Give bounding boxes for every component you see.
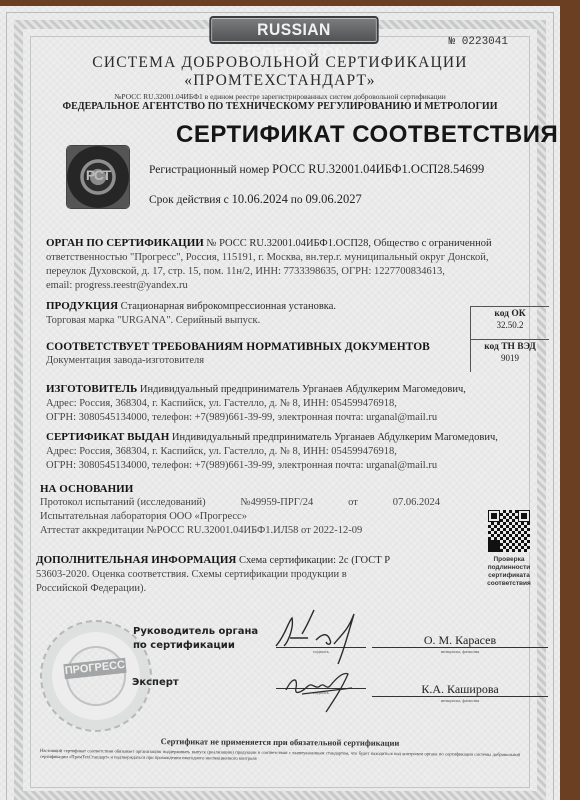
issued-to-line: Адрес: Россия, 368304, г. Каспийск, ул. … <box>46 445 556 459</box>
certification-body-section: ОРГАН ПО СЕРТИФИКАЦИИ № РОСС RU.32001.04… <box>46 236 526 293</box>
handwritten-signature-icon <box>268 604 378 664</box>
role-line: по сертификации <box>133 639 258 653</box>
registration-number: РОСС RU.32001.04ИБФ1.ОСП28.54699 <box>272 162 484 176</box>
issued-to-heading: СЕРТИФИКАТ ВЫДАН <box>46 431 169 443</box>
agency-name: ФЕДЕРАЛЬНОЕ АГЕНТСТВО ПО ТЕХНИЧЕСКОМУ РЕ… <box>0 101 560 112</box>
conformity-heading: СООТВЕТСТВУЕТ ТРЕБОВАНИЯМ НОРМАТИВНЫХ ДО… <box>46 340 466 354</box>
certificate-title: СЕРТИФИКАТ СООТВЕТСТВИЯ <box>176 121 558 149</box>
certification-body-line: № РОСС RU.32001.04ИБФ1.ОСП28, Общество с… <box>206 238 491 249</box>
additional-info-heading: ДОПОЛНИТЕЛЬНАЯ ИНФОРМАЦИЯ <box>36 554 236 566</box>
name-caption: инициалы, фамилия <box>372 649 548 654</box>
additional-info-line: Схема сертификации: 2с (ГОСТ Р <box>239 555 390 566</box>
registry-line: №РОСС RU.32001.04ИБФ1 в едином реестре з… <box>0 92 560 101</box>
emblem-label: РСТ <box>67 167 129 183</box>
registration-number-row: Регистрационный номер РОСС RU.32001.04ИБ… <box>149 162 484 177</box>
certificate-sheet: RUSSIAN FEDERATION № 0223041 СИСТЕМА ДОБ… <box>0 6 560 800</box>
expert-role: Эксперт <box>132 676 179 690</box>
hologram-emblem-icon: РСТ <box>67 146 129 208</box>
accreditation: Аттестат аккредитации №РОСС RU.32001.04И… <box>40 524 440 538</box>
validity-to-label: по <box>291 194 303 206</box>
tnved-code-box: код ТН ВЭД 9019 <box>470 339 549 372</box>
protocol-row: Протокол испытаний (исследований) №49959… <box>40 496 440 510</box>
role-line: Руководитель органа <box>133 625 258 639</box>
system-name: «ПРОМТЕХСТАНДАРТ» <box>0 72 560 90</box>
product-section: ПРОДУКЦИЯ Стационарная виброкомпрессионн… <box>46 299 446 328</box>
manufacturer-line: ОГРН: 3080545134000, телефон: +7(989)661… <box>46 411 546 425</box>
signatory-role: Руководитель органа по сертификации <box>133 625 258 653</box>
handwritten-signature-icon <box>282 668 372 718</box>
validity-label: Срок действия с <box>149 194 229 206</box>
tnved-code-label: код ТН ВЭД <box>471 342 549 353</box>
protocol-date: 07.06.2024 <box>393 496 440 510</box>
issued-to-line: ОГРН: 3080545134000, телефон: +7(989)661… <box>46 459 556 473</box>
additional-info-line: Российской Федерации). <box>36 582 456 596</box>
certification-body-line: переулок Духовской, д. 17, стр. 15, пом.… <box>46 265 526 279</box>
tnved-code-value: 9019 <box>471 353 549 364</box>
additional-info-line: 53603-2020. Оценка соответствия. Схемы с… <box>36 568 456 582</box>
basis-section: НА ОСНОВАНИИ Протокол испытаний (исследо… <box>40 482 440 538</box>
manufacturer-heading: ИЗГОТОВИТЕЛЬ <box>46 383 137 395</box>
protocol-label: Протокол испытаний (исследований) <box>40 496 206 510</box>
registration-label: Регистрационный номер <box>149 164 269 176</box>
conformity-section: СООТВЕТСТВУЕТ ТРЕБОВАНИЯМ НОРМАТИВНЫХ ДО… <box>46 340 466 368</box>
protocol-date-label: от <box>348 496 358 510</box>
manufacturer-line: Адрес: Россия, 368304, г. Каспийск, ул. … <box>46 397 546 411</box>
qr-caption: Проверка подлинности сертификата соответ… <box>478 556 540 588</box>
country-banner: RUSSIAN FEDERATION <box>209 16 378 44</box>
valid-from: 10.06.2024 <box>232 192 288 206</box>
certification-body-line: ответственностью "Прогресс", Россия, 115… <box>46 251 526 265</box>
product-trademark: Торговая марка "URGANA". Серийный выпуск… <box>46 314 446 328</box>
basis-heading: НА ОСНОВАНИИ <box>40 482 440 496</box>
certification-body-heading: ОРГАН ПО СЕРТИФИКАЦИИ <box>46 237 204 249</box>
okpd-code-box: код ОК 32.50.2 <box>470 306 549 339</box>
protocol-number: №49959-ПРГ/24 <box>241 496 314 510</box>
serial-number: № 0223041 <box>449 36 508 48</box>
signatory-name: О. М. Карасев <box>372 633 548 648</box>
product-name: Стационарная виброкомпрессионная установ… <box>121 301 336 312</box>
role-line: Эксперт <box>132 676 179 690</box>
name-caption: инициалы, фамилия <box>372 698 548 703</box>
additional-info-section: ДОПОЛНИТЕЛЬНАЯ ИНФОРМАЦИЯ Схема сертифик… <box>36 553 456 596</box>
issued-to-line: Индивидуальный предприниматель Урганаев … <box>172 432 498 443</box>
conformity-documents: Документация завода-изготовителя <box>46 354 466 368</box>
issued-to-section: СЕРТИФИКАТ ВЫДАН Индивидуальный предприн… <box>46 430 556 473</box>
validity-row: Срок действия с 10.06.2024 по 09.06.2027 <box>149 192 362 207</box>
laboratory: Испытательная лаборатория ООО «Прогресс» <box>40 510 440 524</box>
product-heading: ПРОДУКЦИЯ <box>46 300 118 312</box>
manufacturer-section: ИЗГОТОВИТЕЛЬ Индивидуальный предпринимат… <box>46 382 546 425</box>
ok-code-value: 32.50.2 <box>471 320 549 331</box>
expert-name: К.А. Каширова <box>372 682 548 697</box>
ok-code-label: код ОК <box>471 309 549 320</box>
system-title: СИСТЕМА ДОБРОВОЛЬНОЙ СЕРТИФИКАЦИИ <box>0 54 560 72</box>
valid-to: 09.06.2027 <box>306 192 362 206</box>
manufacturer-line: Индивидуальный предприниматель Урганаев … <box>140 384 466 395</box>
qr-code-icon[interactable] <box>488 510 530 552</box>
certification-body-email: email: progress.reestr@yandex.ru <box>46 279 526 293</box>
